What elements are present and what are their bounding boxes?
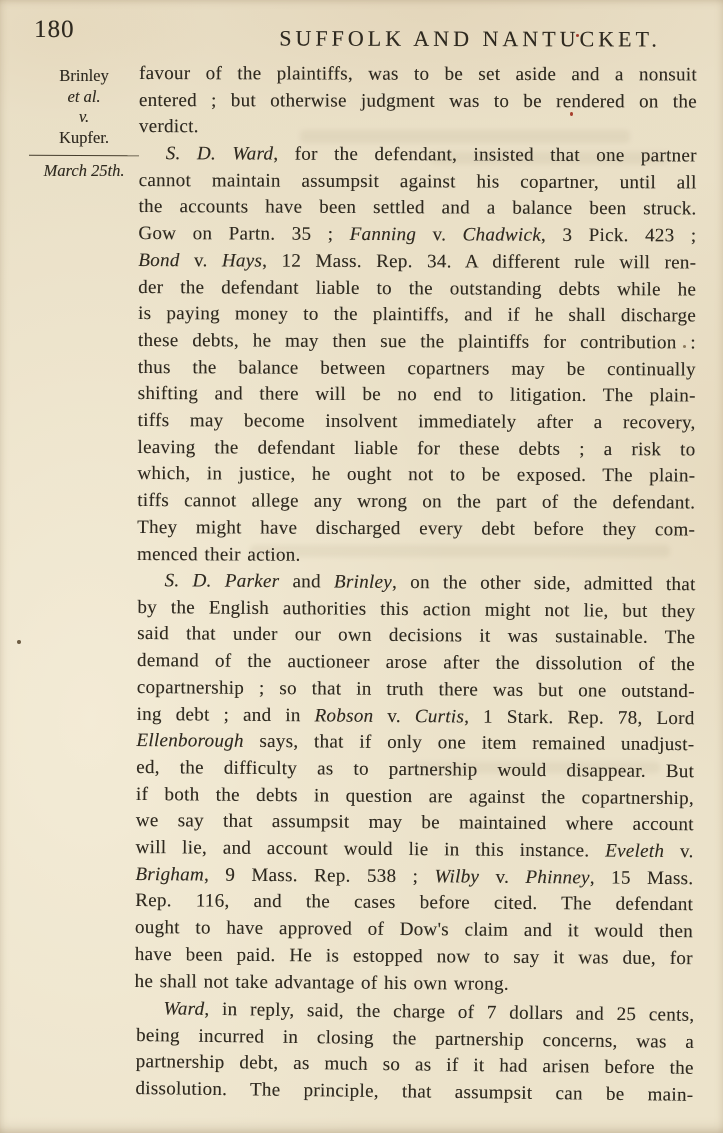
case-versus: v.	[28, 107, 140, 128]
text-segment: v.	[180, 250, 222, 271]
text-segment: , 12 Mass. Rep. 34. A different rule wil…	[262, 250, 696, 273]
text-segment: v.	[664, 841, 694, 862]
text-line: S. D. Parker and Brinley, on the other s…	[137, 568, 695, 599]
case-party-plaintiff: Brinley	[28, 66, 140, 87]
italic-text: Eveleth	[605, 841, 664, 862]
text-line: these debts, he may then sue the plainti…	[138, 328, 696, 357]
text-line: which, in justice, he ought not to be ex…	[137, 462, 695, 491]
text-segment: says, that if only one item remained una…	[244, 731, 695, 755]
italic-text: Hays	[222, 250, 262, 271]
italic-text: Phinney	[525, 867, 590, 888]
page-number: 180	[34, 16, 75, 44]
italic-text: S. D. Ward	[166, 143, 274, 164]
text-segment: and	[279, 571, 334, 592]
text-segment: leaving the defendant liable for these d…	[137, 437, 695, 460]
italic-text: S. D. Parker	[164, 571, 279, 593]
text-line: favour of the plaintiffs, was to be set …	[139, 61, 697, 89]
text-segment: copartnership ; so that in truth there w…	[137, 677, 695, 702]
text-line: thus the balance between copartners may …	[138, 355, 696, 384]
italic-text: Robson	[314, 705, 373, 726]
text-segment: v.	[373, 706, 415, 727]
running-head: SUFFOLK AND NANTUCKET.	[279, 26, 661, 53]
ink-speck	[17, 640, 21, 644]
text-segment: They might have discharged every debt be…	[137, 517, 695, 540]
text-line: der the defendant liable to the outstand…	[138, 275, 696, 304]
text-segment: Rep. 116, and the cases before cited. Th…	[135, 891, 693, 916]
text-segment: verdict.	[139, 116, 199, 137]
text-segment: , 3 Pick. 423 ;	[541, 225, 697, 247]
italic-text: Fanning	[350, 224, 417, 245]
text-segment: if both the debts in question are agains…	[136, 784, 694, 809]
italic-text: Brigham	[135, 864, 204, 886]
text-segment: , for the defendant, insisted that one p…	[273, 144, 697, 167]
case-et-al: et al.	[28, 87, 140, 108]
text-segment: will lie, and account would lie in this …	[135, 837, 605, 862]
text-segment: have been paid. He is estopped now to sa…	[135, 944, 693, 969]
italic-text: Bond	[138, 250, 179, 271]
text-segment: , 1 Stark. Rep. 78, Lord	[464, 706, 695, 729]
text-line: ed, the difficulty as to partnership wou…	[136, 755, 694, 786]
text-segment: der the defendant liable to the outstand…	[138, 277, 696, 300]
text-segment: which, in justice, he ought not to be ex…	[137, 464, 695, 487]
text-segment: , 15 Mass.	[590, 867, 694, 889]
text-segment: these debts, he may then sue the plainti…	[138, 330, 696, 353]
text-line: have been paid. He is estopped now to sa…	[135, 942, 693, 973]
sidenote-column: Brinley et al. v. Kupfer. March 25th.	[28, 66, 140, 182]
text-segment: we say that assumpsit may be maintained …	[136, 811, 694, 836]
text-line: cannot maintain assumpsit against his co…	[139, 168, 697, 197]
text-line: he shall not take advantage of his own w…	[134, 969, 692, 1000]
text-segment: , on the other side, admitted that	[392, 572, 696, 595]
text-line: tiffs may become insolvent immediately a…	[138, 408, 696, 437]
italic-text: Wilby	[434, 866, 479, 887]
text-segment: being incurred in closing the partnershi…	[136, 1024, 694, 1052]
text-segment: thus the balance between copartners may …	[138, 357, 696, 380]
text-segment: , 9 Mass. Rep. 538 ;	[204, 865, 435, 888]
text-segment: tiffs cannot allege any wrong on the par…	[137, 490, 695, 513]
sidenote-date: March 25th.	[28, 161, 140, 182]
text-segment: is paying money to the plaintiffs, and i…	[138, 303, 696, 326]
text-segment: ought to have approved of Dow's claim an…	[135, 917, 693, 942]
text-segment: ing debt ; and in	[136, 704, 314, 726]
italic-text: Ward	[163, 998, 204, 1019]
text-segment: by the English authorities this action m…	[137, 597, 695, 622]
text-line: Gow on Partn. 35 ; Fanning v. Chadwick, …	[138, 221, 696, 250]
text-line: They might have discharged every debt be…	[137, 515, 695, 544]
text-segment: dissolution. The principle, that assumps…	[135, 1078, 693, 1106]
text-segment: shifting and there will be no end to lit…	[138, 383, 696, 406]
book-page: 180 SUFFOLK AND NANTUCKET. Brinley et al…	[0, 0, 723, 1133]
text-segment: ed, the difficulty as to partnership wou…	[136, 757, 694, 782]
text-line: menced their action.	[137, 542, 695, 571]
text-segment: cannot maintain assumpsit against his co…	[139, 170, 697, 193]
paragraph: S. D. Parker and Brinley, on the other s…	[134, 568, 695, 999]
text-line: entered ; but otherwise judgment was to …	[139, 88, 697, 116]
text-line: verdict.	[139, 114, 697, 142]
text-segment: said that under our own decisions it was…	[137, 624, 695, 649]
italic-text: Curtis	[415, 706, 464, 727]
text-line: S. D. Ward, for the defendant, insisted …	[139, 141, 697, 170]
italic-text: Brinley	[334, 572, 392, 593]
text-segment: entered ; but otherwise judgment was to …	[139, 90, 697, 112]
text-line: shifting and there will be no end to lit…	[138, 381, 696, 410]
text-line: copartnership ; so that in truth there w…	[137, 675, 695, 706]
text-line: the accounts have been settled and a bal…	[138, 195, 696, 224]
paragraph: Ward, in reply, said, the charge of 7 do…	[135, 996, 694, 1110]
text-line: tiffs cannot allege any wrong on the par…	[137, 488, 695, 517]
body-text: favour of the plaintiffs, was to be set …	[136, 61, 697, 1104]
text-segment: v.	[479, 867, 525, 888]
text-segment: favour of the plaintiffs, was to be set …	[139, 63, 697, 85]
text-segment: tiffs may become insolvent immediately a…	[138, 410, 696, 433]
paragraph: favour of the plaintiffs, was to be set …	[139, 61, 697, 143]
text-segment: partnership debt, as much so as if it ha…	[136, 1051, 694, 1079]
text-line: Bond v. Hays, 12 Mass. Rep. 34. A differ…	[138, 248, 696, 277]
text-segment: v.	[416, 224, 463, 245]
text-segment: menced their action.	[137, 544, 301, 566]
sidenote-rule	[29, 155, 139, 157]
sidenote-case-name: Brinley et al. v. Kupfer.	[28, 66, 140, 148]
text-segment: , in reply, said, the charge of 7 dollar…	[204, 998, 694, 1025]
text-segment: he shall not take advantage of his own w…	[134, 971, 508, 995]
text-segment: demand of the auctioneer arose after the…	[137, 650, 695, 675]
text-line: is paying money to the plaintiffs, and i…	[138, 301, 696, 330]
text-segment: Gow on Partn. 35 ;	[138, 223, 349, 245]
italic-text: Ellenborough	[136, 731, 244, 753]
paragraph: S. D. Ward, for the defendant, insisted …	[137, 141, 697, 571]
case-party-defendant: Kupfer.	[28, 128, 140, 149]
text-segment: the accounts have been settled and a bal…	[138, 197, 696, 220]
italic-text: Chadwick	[463, 225, 541, 246]
text-line: leaving the defendant liable for these d…	[137, 435, 695, 464]
